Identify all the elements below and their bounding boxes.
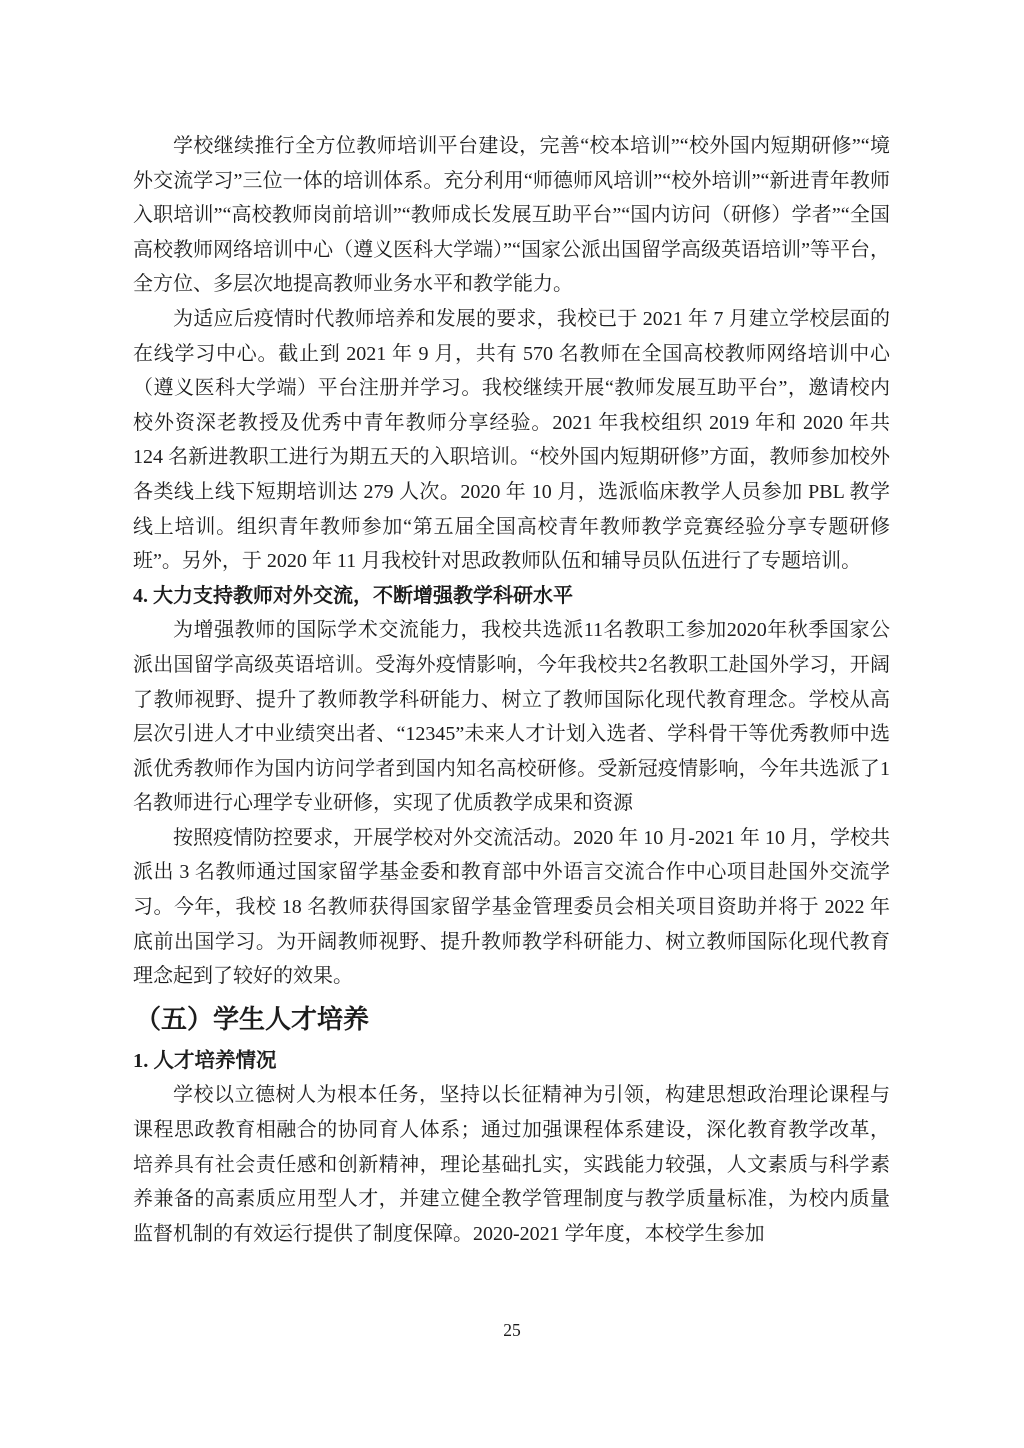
heading-4-teacher-exchange: 4. 大力支持教师对外交流，不断增强教学科研水平 bbox=[133, 579, 890, 614]
paragraph-online-learning-center: 为适应后疫情时代教师培养和发展的要求，我校已于 2021 年 7 月建立学校层面… bbox=[133, 302, 890, 579]
section-heading-student-talent: （五）学生人才培养 bbox=[133, 1000, 890, 1040]
paragraph-epidemic-exchange: 按照疫情防控要求，开展学校对外交流活动。2020 年 10 月-2021 年 1… bbox=[133, 821, 890, 994]
paragraph-international-exchange: 为增强教师的国际学术交流能力，我校共选派11名教职工参加2020年秋季国家公派出… bbox=[133, 613, 890, 821]
document-page: 学校继续推行全方位教师培训平台建设，完善“校本培训”“校外国内短期研修”“境外交… bbox=[0, 0, 1024, 1448]
paragraph-talent-cultivation: 学校以立德树人为根本任务，坚持以长征精神为引领，构建思想政治理论课程与课程思政教… bbox=[133, 1078, 890, 1251]
document-body: 学校继续推行全方位教师培训平台建设，完善“校本培训”“校外国内短期研修”“境外交… bbox=[133, 129, 890, 1251]
sub-heading-talent-cultivation: 1. 人才培养情况 bbox=[133, 1044, 890, 1079]
paragraph-teacher-training-platform: 学校继续推行全方位教师培训平台建设，完善“校本培训”“校外国内短期研修”“境外交… bbox=[133, 129, 890, 302]
page-number: 25 bbox=[0, 1320, 1024, 1341]
